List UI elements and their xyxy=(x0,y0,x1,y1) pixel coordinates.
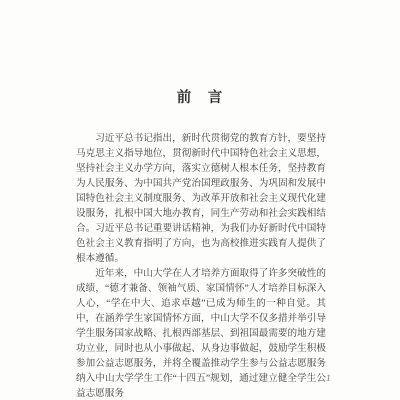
book-preface-page: 前 言 习近平总书记指出，新时代贯彻党的教育方针，要坚持马克思主义指导地位，贯彻… xyxy=(0,0,400,400)
page-number: 1 xyxy=(326,374,331,384)
paragraph-2: 近年来，中山大学在人才培养方面取得了许多突破性的成绩，“德才兼备、领袖气质、家国… xyxy=(76,266,326,400)
preface-body: 习近平总书记指出，新时代贯彻党的教育方针，要坚持马克思主义指导地位，贯彻新时代中… xyxy=(76,131,326,400)
paragraph-1: 习近平总书记指出，新时代贯彻党的教育方针，要坚持马克思主义指导地位，贯彻新时代中… xyxy=(76,131,326,266)
page-title: 前 言 xyxy=(0,86,400,107)
